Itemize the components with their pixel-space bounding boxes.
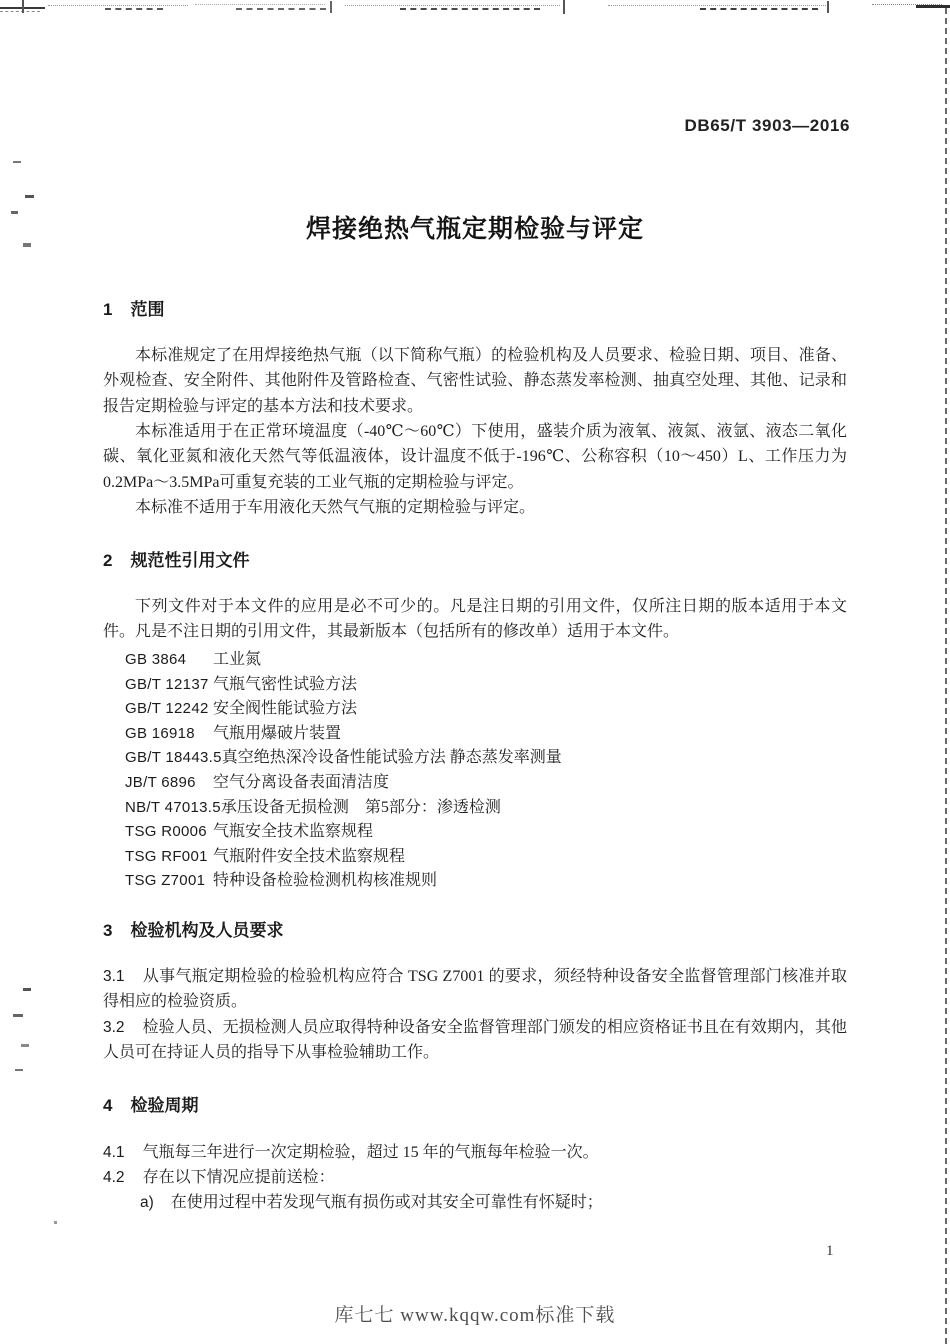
reference-code: TSG R0006 [125,820,213,845]
clause-3-1: 3.1从事气瓶定期检验的检验机构应符合 TSG Z7001 的要求，须经特种设备… [103,964,847,1015]
scan-artifact [13,161,21,163]
list-item-a: a)在使用过程中若发现气瓶有损伤或对其安全可靠性有怀疑时； [103,1190,847,1215]
section-1-paragraph-2: 本标准适用于在正常环境温度（-40℃～60℃）下使用，盛装介质为液氧、液氮、液氩… [103,419,847,495]
scan-artifact [236,8,326,10]
clause-number: 3.1 [103,968,125,985]
section-2-heading: 2规范性引用文件 [103,546,847,571]
reference-title: 工业氮 [213,651,261,668]
normative-references-list: GB 3864工业氮 GB/T 12137气瓶气密性试验方法 GB/T 1224… [103,648,847,894]
clause-number: 4.2 [103,1169,125,1186]
scan-artifact [400,8,540,10]
reference-row: GB/T 12242安全阀性能试验方法 [125,697,847,722]
reference-code: NB/T 47013.5 [125,796,221,821]
section-2-intro: 下列文件对于本文件的应用是必不可少的。凡是注日期的引用文件，仅所注日期的版本适用… [103,594,847,645]
reference-code: GB/T 12242 [125,697,213,722]
scan-artifact [22,0,24,13]
reference-title: 空气分离设备表面清洁度 [213,774,389,791]
scan-artifact [25,195,34,198]
clause-text: 存在以下情况应提前送检： [143,1169,335,1186]
reference-title: 气瓶安全技术监察规程 [213,823,373,840]
reference-row: TSG Z7001特种设备检验检测机构核准规则 [125,869,847,894]
scan-artifact [48,5,188,6]
section-3-heading: 3检验机构及人员要求 [103,916,847,941]
reference-title: 安全阀性能试验方法 [213,700,357,717]
section-number: 1 [103,300,112,319]
reference-code: JB/T 6896 [125,771,213,796]
scan-artifact [23,988,31,991]
scan-artifact [345,5,560,6]
reference-row: GB/T 18443.5真空绝热深冷设备性能试验方法 静态蒸发率测量 [125,746,847,771]
watermark-text: 库七七 www.kqqw.com标准下载 [0,1300,950,1327]
section-title: 检验机构及人员要求 [130,921,283,940]
clause-text: 从事气瓶定期检验的检验机构应符合 TSG Z7001 的要求，须经特种设备安全监… [103,968,847,1010]
page-number: 1 [826,1243,834,1260]
reference-title: 真空绝热深冷设备性能试验方法 静态蒸发率测量 [222,749,562,766]
reference-title: 气瓶附件安全技术监察规程 [213,848,405,865]
reference-row: NB/T 47013.5承压设备无损检测 第5部分：渗透检测 [125,796,847,821]
reference-code: GB/T 12137 [125,673,213,698]
scan-artifact [15,1069,23,1071]
scanned-document-page: DB65/T 3903—2016 焊接绝热气瓶定期检验与评定 1范围 本标准规定… [0,0,950,1344]
document-title: 焊接绝热气瓶定期检验与评定 [0,209,950,245]
scan-artifact [0,11,40,12]
scan-artifact [21,1044,29,1047]
scan-artifact [105,8,163,10]
section-number: 3 [103,921,112,940]
reference-title: 气瓶用爆破片装置 [213,725,341,742]
reference-row: GB 16918气瓶用爆破片装置 [125,722,847,747]
clause-text: 检验人员、无损检测人员应取得特种设备安全监督管理部门颁发的相应资格证书且在有效期… [103,1019,847,1061]
clause-3-2: 3.2检验人员、无损检测人员应取得特种设备安全监督管理部门颁发的相应资格证书且在… [103,1015,847,1066]
reference-code: TSG Z7001 [125,869,213,894]
scan-artifact [195,4,325,5]
scan-artifact [330,1,332,13]
reference-row: GB 3864工业氮 [125,648,847,673]
list-item-label: a) [140,1194,154,1211]
section-title: 规范性引用文件 [130,551,249,570]
section-number: 2 [103,551,112,570]
section-number: 4 [103,1096,112,1115]
standard-number: DB65/T 3903—2016 [684,116,850,136]
section-1-paragraph-1: 本标准规定了在用焊接绝热气瓶（以下简称气瓶）的检验机构及人员要求、检验日期、项目… [103,343,847,419]
list-item-text: 在使用过程中若发现气瓶有损伤或对其安全可靠性有怀疑时； [171,1194,603,1211]
clause-text: 气瓶每三年进行一次定期检验，超过 15 年的气瓶每年检验一次。 [143,1144,599,1161]
section-1-heading: 1范围 [103,295,847,320]
reference-code: GB 16918 [125,722,213,747]
section-4-heading: 4检验周期 [103,1091,847,1116]
section-title: 范围 [130,300,164,319]
clause-number: 3.2 [103,1019,125,1036]
clause-number: 4.1 [103,1144,125,1161]
section-title: 检验周期 [130,1096,198,1115]
reference-title: 气瓶气密性试验方法 [213,676,357,693]
reference-row: TSG RF001气瓶附件安全技术监察规程 [125,845,847,870]
clause-4-2: 4.2存在以下情况应提前送检： [103,1165,847,1190]
scan-artifact [54,1221,57,1224]
scan-artifact [700,8,818,10]
reference-row: GB/T 12137气瓶气密性试验方法 [125,673,847,698]
scan-artifact [608,5,828,6]
reference-title: 特种设备检验检测机构核准规则 [213,872,437,889]
section-1-paragraph-3: 本标准不适用于车用液化天然气气瓶的定期检验与评定。 [103,495,847,520]
reference-title: 承压设备无损检测 第5部分：渗透检测 [221,799,501,816]
clause-4-1: 4.1气瓶每三年进行一次定期检验，超过 15 年的气瓶每年检验一次。 [103,1140,847,1165]
reference-row: JB/T 6896空气分离设备表面清洁度 [125,771,847,796]
reference-code: TSG RF001 [125,845,213,870]
reference-code: GB/T 18443.5 [125,746,222,771]
scan-artifact [563,0,565,14]
reference-row: TSG R0006气瓶安全技术监察规程 [125,820,847,845]
reference-code: GB 3864 [125,648,213,673]
scan-artifact [827,1,829,13]
scan-artifact [13,1014,23,1017]
